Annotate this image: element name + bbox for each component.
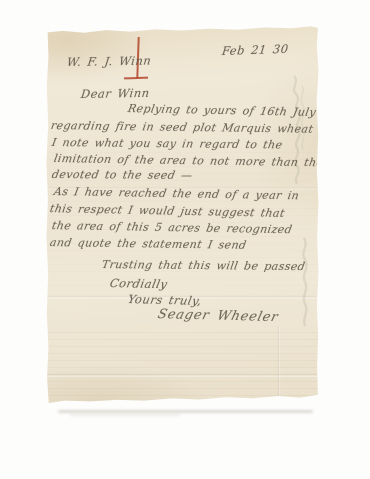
body-line-9: and quote the statement I send	[49, 236, 248, 252]
body-line-1: Replying to yours of 16th July	[127, 102, 317, 119]
body-line-3: I note what you say in regard to the	[51, 136, 284, 151]
salutation-text: Dear Winn	[80, 86, 150, 101]
body-line-7: this respect I would just suggest that	[49, 202, 286, 220]
closing-line-3: Yours truly,	[127, 292, 204, 308]
body-line-8: the area of this 5 acres be recognized	[51, 219, 293, 236]
scanned-letter-photo: Feb 21 30 W. F. J. Winn Dear Winn Replyi…	[0, 0, 370, 479]
closing-line-1: Trusting that this will be passed	[101, 258, 306, 273]
date-text: Feb 21 30	[221, 42, 289, 58]
red-check-mark-horizontal	[124, 77, 148, 79]
letter-paper: Feb 21 30 W. F. J. Winn Dear Winn Replyi…	[46, 26, 319, 404]
paper-shadow	[58, 410, 313, 413]
body-line-5: devoted to the seed —	[51, 168, 194, 182]
show-through-marks-lower	[294, 234, 318, 330]
addressee-annotation: W. F. J. Winn	[66, 54, 152, 70]
signature-text: Seager Wheeler	[156, 307, 280, 325]
vertical-crease	[277, 326, 281, 404]
paper-shadow	[70, 414, 180, 416]
body-line-2: regarding fire in seed plot Marquis whea…	[50, 119, 332, 136]
closing-line-2: Cordially	[109, 276, 169, 291]
